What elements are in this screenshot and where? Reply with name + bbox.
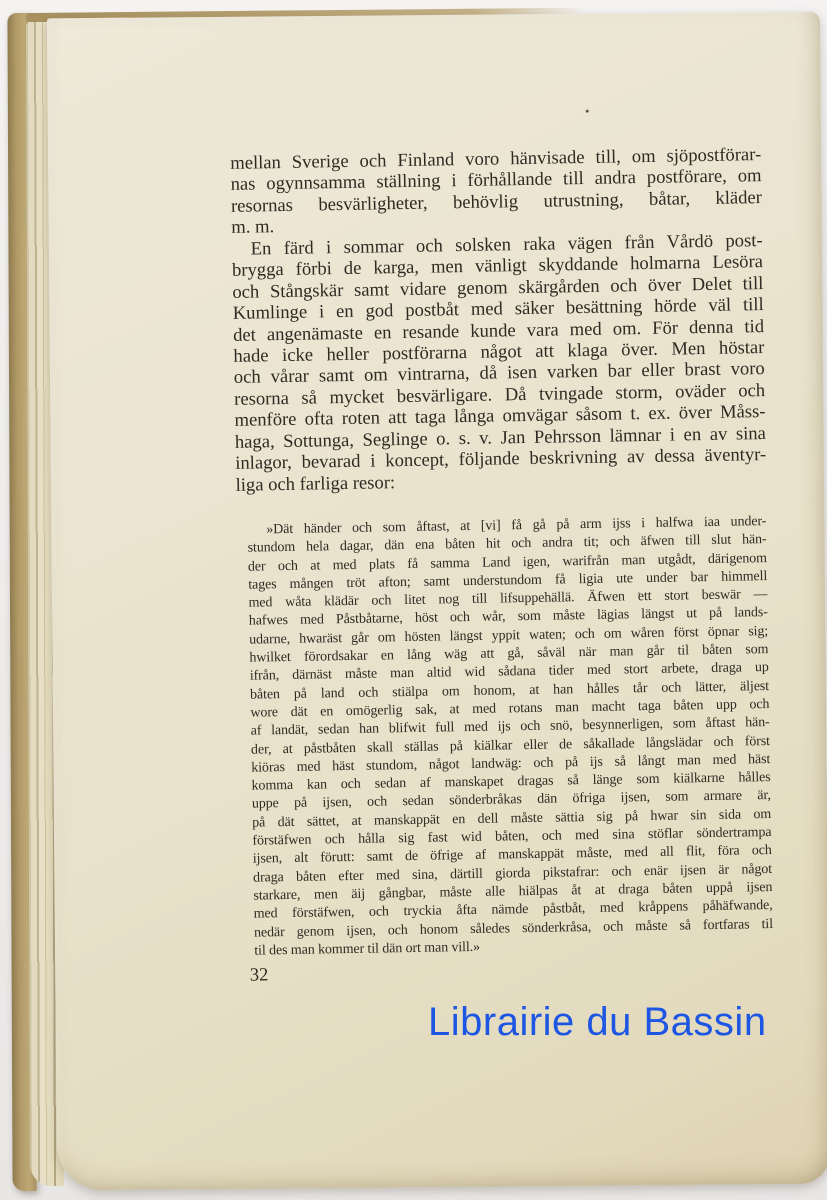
book-photo: mellan Sverige och Finland voro hänvisad…	[0, 0, 827, 1200]
blockquote: »Dät händer och som åftast, at [vi] få g…	[247, 513, 773, 961]
watermark-text: Librairie du Bassin	[428, 1000, 767, 1045]
paragraph: »Dät händer och som åftast, at [vi] få g…	[247, 513, 773, 961]
ink-speck	[638, 592, 640, 594]
ink-speck	[586, 110, 589, 113]
page-number: 32	[244, 956, 775, 987]
paragraph: mellan Sverige och Finland voro hänvisad…	[230, 144, 762, 239]
printed-text-block: mellan Sverige och Finland voro hänvisad…	[230, 144, 775, 987]
paragraph: En färd i sommar och solsken raka vägen …	[232, 230, 767, 496]
body-paragraphs: mellan Sverige och Finland voro hänvisad…	[230, 144, 767, 496]
